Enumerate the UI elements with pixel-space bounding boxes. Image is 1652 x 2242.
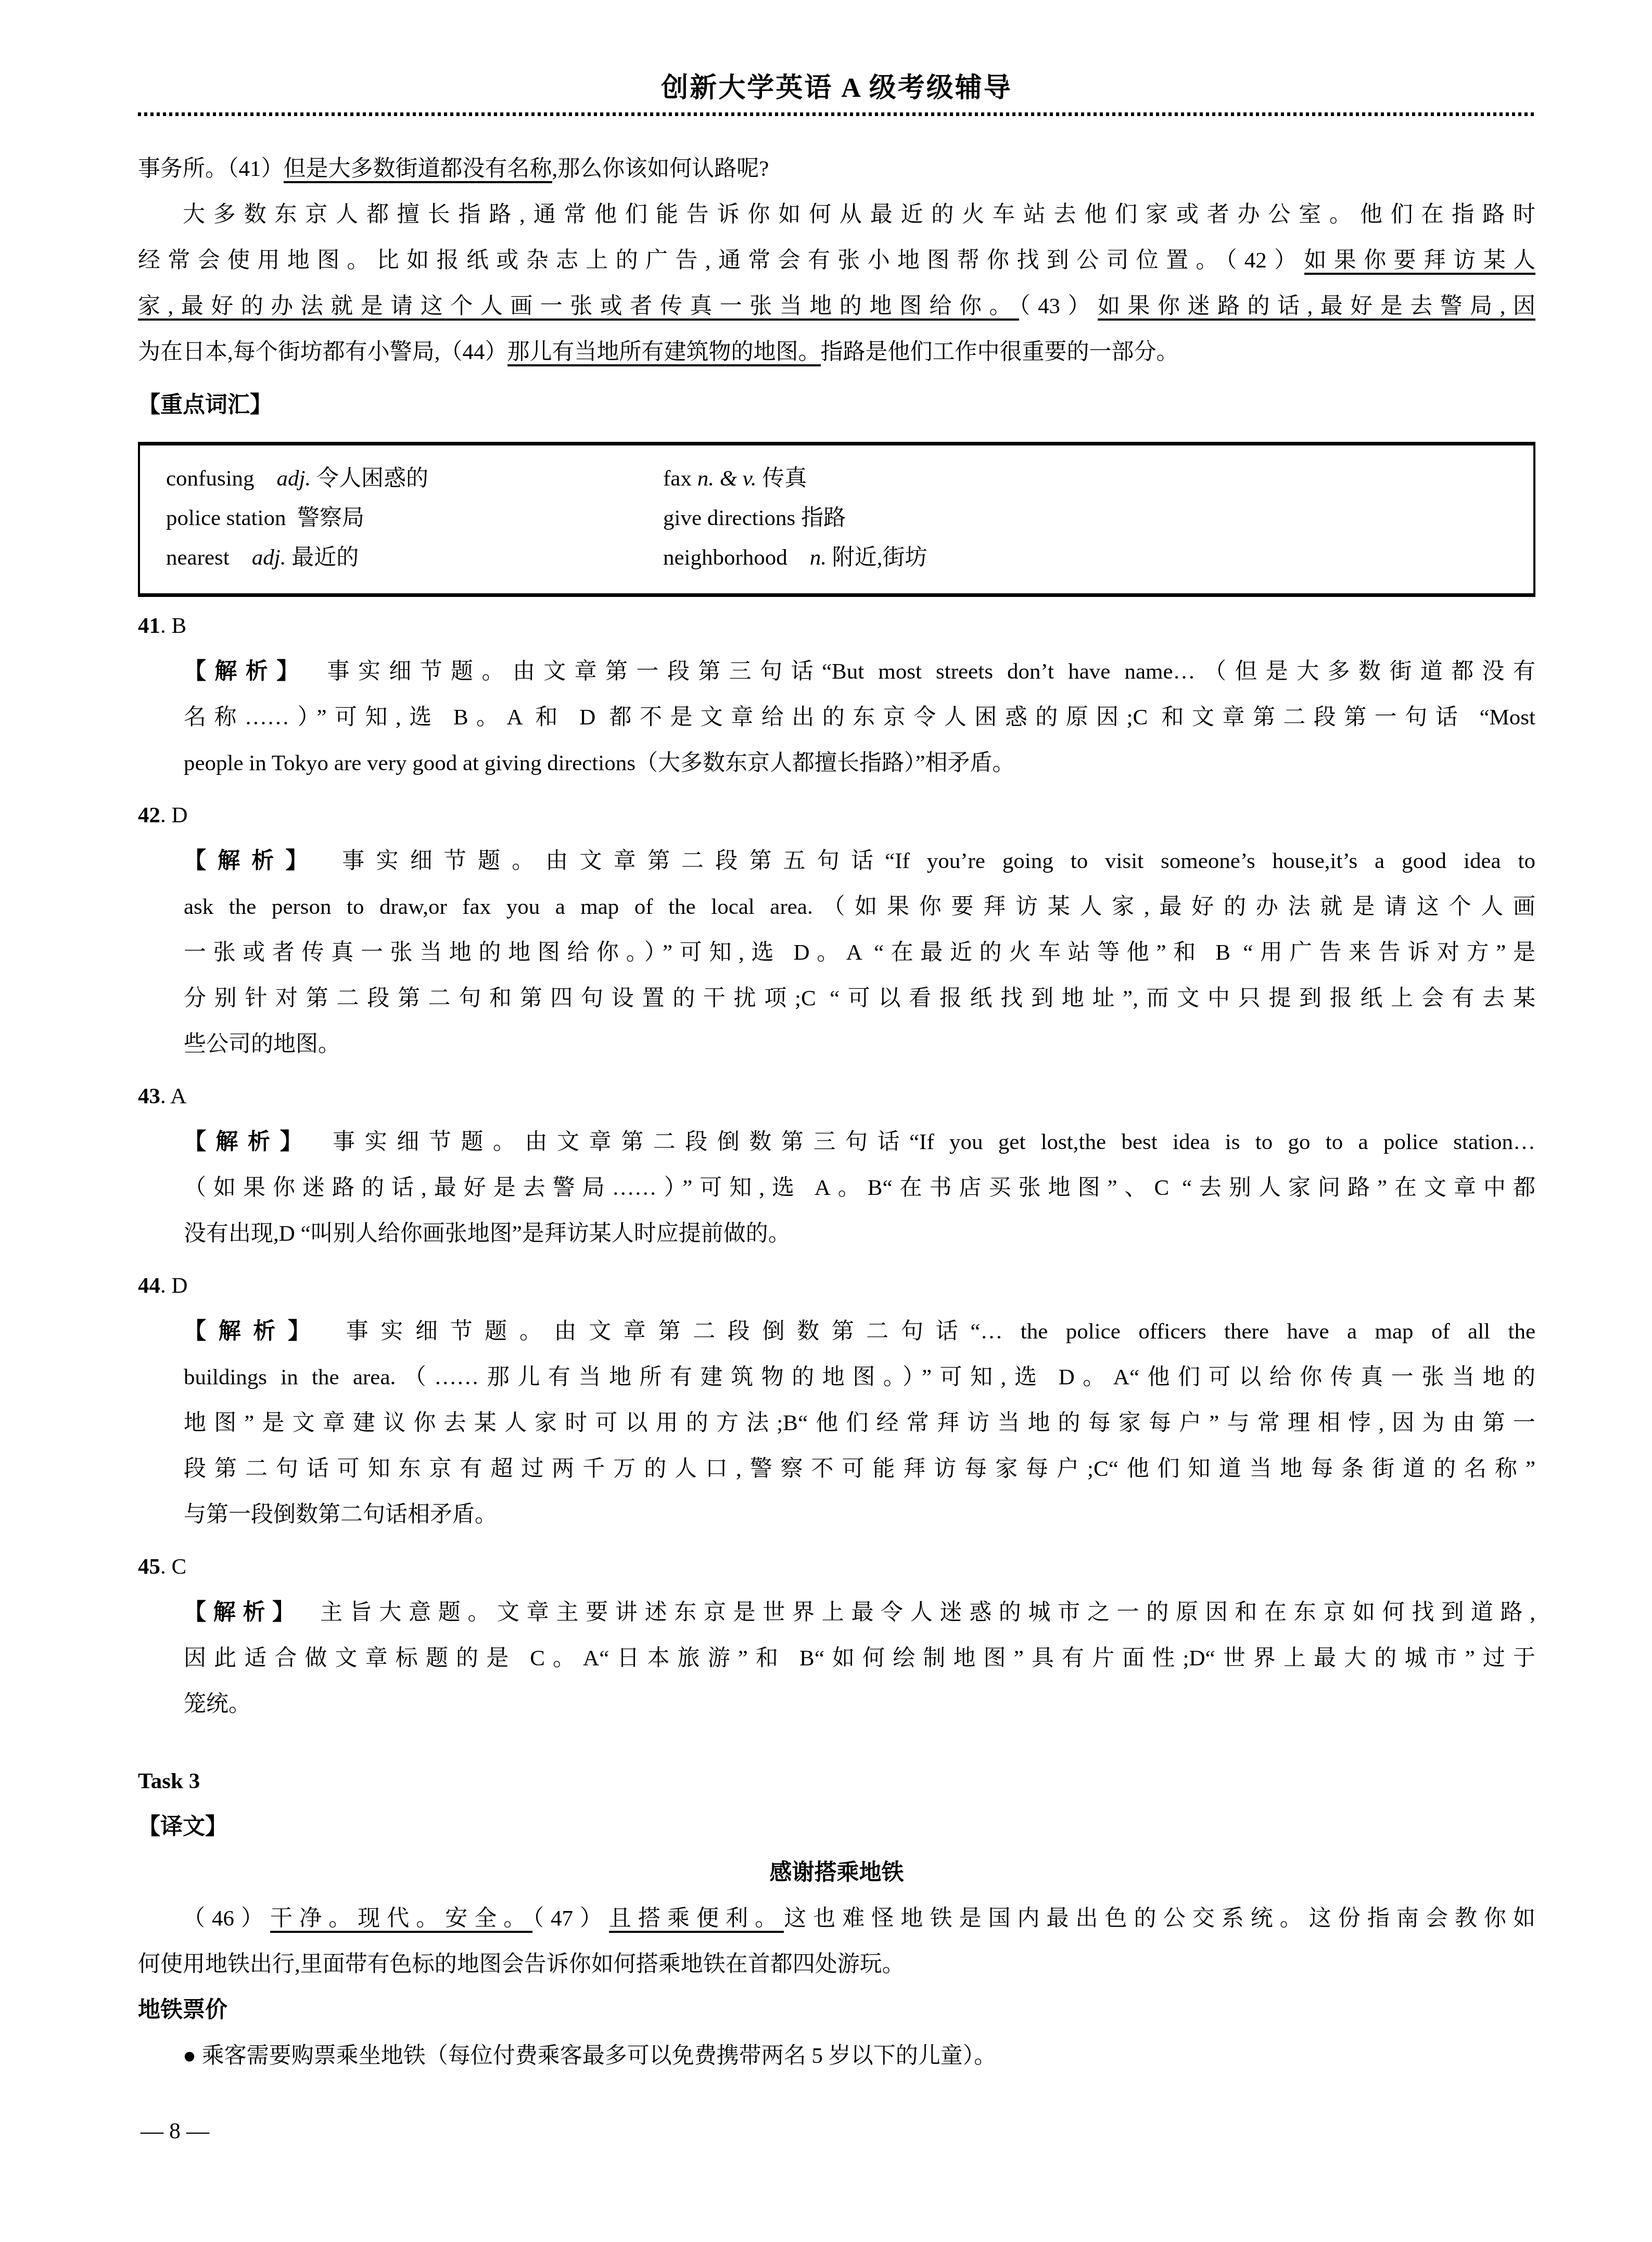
text-line: 【解析】 事实细节题。由文章第二段倒数第二句话“… the police off…	[184, 1309, 1535, 1355]
vocab-term-left: confusing adj. 令人困惑的	[166, 459, 663, 499]
subway-fare-bullet: ● 乘客需要购票乘坐地铁（每位付费乘客最多可以免费携带两名 5 岁以下的儿童）。	[138, 2033, 1535, 2079]
text-line: 分别针对第二段第二句和第四句设置的干扰项;C “可以看报纸找到地址”,而文中只提…	[184, 976, 1535, 1022]
text-segment: 事实细节题。由文章第二段倒数第二句话“… the police officers…	[311, 1319, 1535, 1344]
text-line: 【重点词汇】	[138, 383, 1535, 428]
text-line: 【解析】 事实细节题。由文章第二段第五句话“If you’re going to…	[184, 838, 1535, 884]
bold-text: 【解析】	[184, 1130, 301, 1154]
text-segment: 事实细节题。由文章第二段第五句话“If you’re going to visi…	[308, 849, 1535, 873]
text-segment: 最近的	[286, 545, 359, 570]
text-segment: n. & v.	[697, 466, 757, 491]
text-segment: 传真	[757, 466, 807, 491]
page: 创新大学英语 A 级考级辅导 事务所。（41）但是大多数街道都没有名称,那么你该…	[0, 0, 1652, 2242]
text-segment: 一张或者传真一张当地的地图给你。）”可知,选 D。A “在最近的火车站等他”和 …	[184, 940, 1535, 965]
answer-item-43: 43. A【解析】 事实细节题。由文章第二段倒数第三句话“If you get …	[138, 1074, 1535, 1257]
page-header: 创新大学英语 A 级考级辅导	[138, 73, 1535, 116]
text-segment: （43）	[1019, 294, 1098, 319]
text-line: 【译文】	[138, 1804, 1535, 1850]
text-segment: 为在日本,每个街坊都有小警局,（44）	[138, 340, 507, 364]
text-segment: . C	[160, 1555, 186, 1579]
text-line: 与第一段倒数第二句话相矛盾。	[184, 1492, 1535, 1538]
text-line: 大多数东京人都擅长指路,通常他们能告诉你如何从最近的火车站去他们家或者办公室。他…	[138, 192, 1535, 238]
dotted-divider	[138, 112, 1535, 116]
vocab-row: confusing adj. 令人困惑的fax n. & v. 传真	[166, 459, 1513, 499]
translation-paragraph: （46）干净。现代。安全。（47）且搭乘便利。这也难怪地铁是国内最出色的公交系统…	[138, 1896, 1535, 1988]
text-segment: n.	[810, 545, 827, 570]
passage-paragraph-2: 大多数东京人都擅长指路,通常他们能告诉你如何从最近的火车站去他们家或者办公室。他…	[138, 192, 1535, 375]
text-segment: （如果你迷路的话,最好是去警局……）”可知,选 A。B“在书店买张地图”、C “…	[184, 1176, 1535, 1200]
text-segment: 乘客需要购票乘坐地铁（每位付费乘客最多可以免费携带两名 5 岁以下的儿童）。	[196, 2044, 996, 2068]
text-line: 一张或者传真一张当地的地图给你。）”可知,选 D。A “在最近的火车站等他”和 …	[184, 930, 1535, 976]
text-segment: 事务所。（41）	[138, 157, 284, 181]
underlined-text: 如果你要拜访某人	[1304, 248, 1536, 275]
text-line: people in Tokyo are very good at giving …	[184, 741, 1535, 786]
text-line: 事务所。（41）但是大多数街道都没有名称,那么你该如何认路呢?	[138, 146, 1535, 192]
answer-explanation: 【解析】 事实细节题。由文章第二段倒数第二句话“… the police off…	[184, 1309, 1535, 1538]
text-segment: 事实细节题。由文章第一段第三句话“But most streets don’t …	[296, 659, 1535, 684]
page-title: 创新大学英语 A 级考级辅导	[138, 73, 1535, 104]
text-segment: 何使用地铁出行,里面带有色标的地图会告诉你如何搭乘地铁在首都四处游玩。	[138, 1952, 905, 1977]
text-line: 【解析】 主旨大意题。文章主要讲述东京是世界上最令人迷惑的城市之一的原因和在东京…	[184, 1590, 1535, 1636]
text-segment: （46）	[183, 1906, 270, 1931]
bold-text: 感谢搭乘地铁	[770, 1861, 904, 1885]
text-segment: nearest	[166, 545, 252, 570]
text-segment: . A	[160, 1084, 186, 1109]
text-segment: （47）	[532, 1906, 609, 1931]
text-line: 感谢搭乘地铁	[138, 1850, 1535, 1896]
text-segment: 指路是他们工作中很重要的一部分。	[821, 340, 1179, 364]
text-line: 何使用地铁出行,里面带有色标的地图会告诉你如何搭乘地铁在首都四处游玩。	[138, 1942, 1535, 1988]
vocab-row: police station 警察局give directions 指路	[166, 499, 1513, 538]
bold-text: 41	[138, 614, 160, 638]
answer-explanation: 【解析】 主旨大意题。文章主要讲述东京是世界上最令人迷惑的城市之一的原因和在东京…	[184, 1590, 1535, 1727]
vocab-term-right: neighborhood n. 附近,街坊	[663, 538, 1513, 578]
bold-text: 【解析】	[184, 659, 296, 684]
task-3-heading: Task 3	[138, 1759, 1535, 1804]
underlined-text: 干净。现代。安全。	[270, 1906, 532, 1933]
text-line: ask the person to draw,or fax you a map …	[184, 884, 1535, 930]
answer-item-42: 42. D【解析】 事实细节题。由文章第二段第五句话“If you’re goi…	[138, 793, 1535, 1067]
text-segment: 附近,街坊	[827, 545, 927, 570]
underlined-text: 如果你迷路的话,最好是去警局,因	[1098, 294, 1535, 321]
underlined-text: 那儿有当地所有建筑物的地图。	[507, 340, 821, 366]
text-segment: ,那么你该如何认路呢?	[552, 157, 769, 181]
answer-item-45: 45. C【解析】 主旨大意题。文章主要讲述东京是世界上最令人迷惑的城市之一的原…	[138, 1544, 1535, 1727]
text-line: Task 3	[138, 1759, 1535, 1804]
text-segment: 因此适合做文章标题的是 C。A“日本旅游”和 B“如何绘制地图”具有片面性;D“…	[184, 1646, 1535, 1671]
vocab-term-left: nearest adj. 最近的	[166, 538, 663, 578]
bold-text: 【解析】	[184, 1319, 311, 1344]
bold-text: 【重点词汇】	[138, 393, 272, 417]
text-segment: buildings in the area.（……那儿有当地所有建筑物的地图。）…	[184, 1365, 1535, 1390]
text-line: 笼统。	[184, 1681, 1535, 1727]
page-footer: — 8 —	[141, 2108, 1535, 2154]
text-segment: adj.	[252, 545, 286, 570]
text-line: （如果你迷路的话,最好是去警局……）”可知,选 A。B“在书店买张地图”、C “…	[184, 1165, 1535, 1211]
text-segment: 分别针对第二段第二句和第四句设置的干扰项;C “可以看报纸找到地址”,而文中只提…	[184, 986, 1535, 1011]
text-line: 些公司的地图。	[184, 1022, 1535, 1067]
text-line: buildings in the area.（……那儿有当地所有建筑物的地图。）…	[184, 1355, 1535, 1400]
answer-number-line: 41. B	[138, 603, 1535, 649]
underlined-text: 且搭乘便利。	[609, 1906, 784, 1933]
vocab-row: nearest adj. 最近的neighborhood n. 附近,街坊	[166, 538, 1513, 578]
text-segment: 段第二句话可知东京有超过两千万的人口,警察不可能拜访每家每户;C“他们知道当地每…	[184, 1457, 1535, 1481]
text-segment: 没有出现,D “叫别人给你画张地图”是拜访某人时应提前做的。	[184, 1221, 791, 1246]
text-segment: 这也难怪地铁是国内最出色的公交系统。这份指南会教你如	[784, 1906, 1535, 1931]
underlined-text: 家,最好的办法就是请这个人画一张或者传真一张当地的地图给你。	[138, 294, 1019, 321]
answer-explanation: 【解析】 事实细节题。由文章第二段第五句话“If you’re going to…	[184, 838, 1535, 1067]
text-line: （46）干净。现代。安全。（47）且搭乘便利。这也难怪地铁是国内最出色的公交系统…	[138, 1896, 1535, 1942]
text-line: 地铁票价	[138, 1988, 1535, 2033]
answer-number-line: 42. D	[138, 793, 1535, 838]
text-line: 【解析】 事实细节题。由文章第一段第三句话“But most streets d…	[184, 649, 1535, 695]
key-vocabulary-heading: 【重点词汇】	[138, 383, 1535, 428]
text-line: ● 乘客需要购票乘坐地铁（每位付费乘客最多可以免费携带两名 5 岁以下的儿童）。	[138, 2033, 1535, 2079]
bold-text: 42	[138, 803, 160, 827]
text-segment: 大多数东京人都擅长指路,通常他们能告诉你如何从最近的火车站去他们家或者办公室。他…	[183, 202, 1535, 227]
vocab-term-right: fax n. & v. 传真	[663, 459, 1513, 499]
text-segment: 与第一段倒数第二句话相矛盾。	[184, 1502, 497, 1527]
vocab-term-left: police station 警察局	[166, 499, 663, 538]
vocabulary-box: confusing adj. 令人困惑的fax n. & v. 传真police…	[138, 442, 1535, 597]
text-segment: confusing	[166, 466, 277, 491]
answer-item-41: 41. B【解析】 事实细节题。由文章第一段第三句话“But most stre…	[138, 603, 1535, 786]
text-segment: 地图”是文章建议你去某人家时可以用的方法;B“他们经常拜访当地的每家每户”与常理…	[184, 1411, 1535, 1435]
text-segment: . B	[160, 614, 186, 638]
answer-number-line: 43. A	[138, 1074, 1535, 1119]
bold-text: 【解析】	[184, 1600, 290, 1625]
bold-text: 43	[138, 1084, 160, 1109]
text-segment: give directions 指路	[663, 506, 846, 530]
text-segment: 主旨大意题。文章主要讲述东京是世界上最令人迷惑的城市之一的原因和在东京如何找到道…	[290, 1600, 1535, 1625]
answer-number-line: 45. C	[138, 1544, 1535, 1590]
text-line: 家,最好的办法就是请这个人画一张或者传真一张当地的地图给你。（43）如果你迷路的…	[138, 284, 1535, 329]
text-line: 经常会使用地图。比如报纸或杂志上的广告,通常会有张小地图帮你找到公司位置。（42…	[138, 238, 1535, 284]
subway-fare-heading: 地铁票价	[138, 1988, 1535, 2033]
answer-explanation: 【解析】 事实细节题。由文章第一段第三句话“But most streets d…	[184, 649, 1535, 786]
answer-item-44: 44. D【解析】 事实细节题。由文章第二段倒数第二句话“… the polic…	[138, 1263, 1535, 1538]
text-segment: ask the person to draw,or fax you a map …	[184, 895, 1535, 919]
text-segment: 经常会使用地图。比如报纸或杂志上的广告,通常会有张小地图帮你找到公司位置。（42…	[138, 248, 1304, 273]
text-line: 段第二句话可知东京有超过两千万的人口,警察不可能拜访每家每户;C“他们知道当地每…	[184, 1446, 1535, 1492]
text-line: 名称……）”可知,选 B。A 和 D 都不是文章给出的东京令人困惑的原因;C 和…	[184, 695, 1535, 741]
text-segment: . D	[160, 1273, 188, 1298]
text-segment: 事实细节题。由文章第二段倒数第三句话“If you get lost,the b…	[301, 1130, 1535, 1154]
underlined-text: 但是大多数街道都没有名称	[284, 157, 552, 183]
vocab-term-right: give directions 指路	[663, 499, 1513, 538]
answer-explanation: 【解析】 事实细节题。由文章第二段倒数第三句话“If you get lost,…	[184, 1119, 1535, 1257]
text-segment: 名称……）”可知,选 B。A 和 D 都不是文章给出的东京令人困惑的原因;C 和…	[184, 705, 1535, 730]
text-line: 地图”是文章建议你去某人家时可以用的方法;B“他们经常拜访当地的每家每户”与常理…	[184, 1400, 1535, 1446]
text-segment: people in Tokyo are very good at giving …	[184, 751, 1015, 775]
bullet-icon: ●	[183, 2044, 196, 2068]
bold-text: 45	[138, 1555, 160, 1579]
answer-number-line: 44. D	[138, 1263, 1535, 1309]
text-line: 为在日本,每个街坊都有小警局,（44）那儿有当地所有建筑物的地图。指路是他们工作…	[138, 329, 1535, 375]
text-segment: 笼统。	[184, 1692, 251, 1716]
bold-text: Task 3	[138, 1769, 200, 1793]
text-segment: 令人困惑的	[311, 466, 428, 491]
text-segment: police station 警察局	[166, 506, 364, 530]
text-line: 没有出现,D “叫别人给你画张地图”是拜访某人时应提前做的。	[184, 1211, 1535, 1257]
bold-text: 地铁票价	[138, 1998, 227, 2022]
text-segment: . D	[160, 803, 188, 827]
passage-paragraph-1: 事务所。（41）但是大多数街道都没有名称,那么你该如何认路呢?	[138, 146, 1535, 192]
text-line: 因此适合做文章标题的是 C。A“日本旅游”和 B“如何绘制地图”具有片面性;D“…	[184, 1636, 1535, 1681]
text-segment: 些公司的地图。	[184, 1032, 340, 1056]
text-segment: fax	[663, 466, 697, 491]
content: 事务所。（41）但是大多数街道都没有名称,那么你该如何认路呢?大多数东京人都擅长…	[138, 146, 1535, 2079]
bold-text: 【译文】	[138, 1815, 227, 1839]
text-segment: neighborhood	[663, 545, 810, 570]
page-number: — 8 —	[141, 2118, 209, 2144]
text-line: 【解析】 事实细节题。由文章第二段倒数第三句话“If you get lost,…	[184, 1119, 1535, 1165]
translation-heading: 【译文】	[138, 1804, 1535, 1850]
bold-text: 【解析】	[184, 849, 308, 873]
text-segment: adj.	[277, 466, 311, 491]
bold-text: 44	[138, 1273, 160, 1298]
translation-title: 感谢搭乘地铁	[138, 1850, 1535, 1896]
